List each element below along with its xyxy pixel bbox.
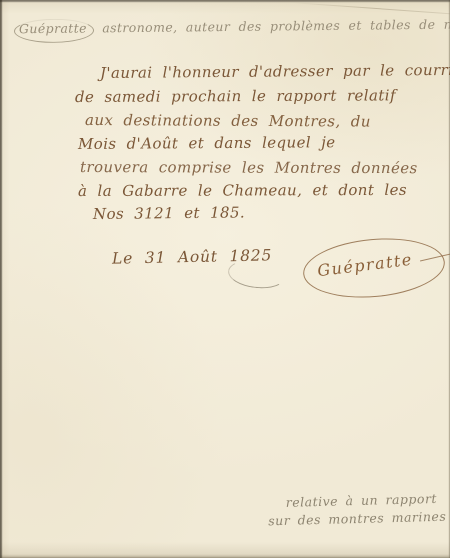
bottom-annotation-line2: sur des montres marines — [268, 508, 446, 531]
body-line: de samedi prochain le rapport relatif — [75, 84, 446, 109]
paper-crease — [290, 2, 450, 15]
letter-page: Guépratte astronome, auteur des problème… — [0, 0, 450, 558]
body-line: Mois d'Août et dans lequel je — [78, 130, 446, 156]
bottom-pencil-annotation: relative à un rapport sur des montres ma… — [268, 490, 447, 531]
body-line: Nos 3121 et 185. — [93, 199, 446, 226]
pencil-arc-mark — [227, 257, 288, 291]
body-line: J'aurai l'honneur d'adresser par le cour… — [100, 59, 446, 86]
signature: Guépratte — [303, 237, 447, 299]
body-line: trouvera comprise les Montres données — [80, 156, 446, 181]
top-annotation-text: astronome, auteur des problèmes et table… — [94, 16, 450, 35]
letter-body: J'aurai l'honneur d'adresser par le cour… — [74, 62, 446, 227]
top-pencil-annotation: Guépratte astronome, auteur des problème… — [14, 15, 444, 44]
circled-author-name: Guépratte — [14, 18, 94, 43]
